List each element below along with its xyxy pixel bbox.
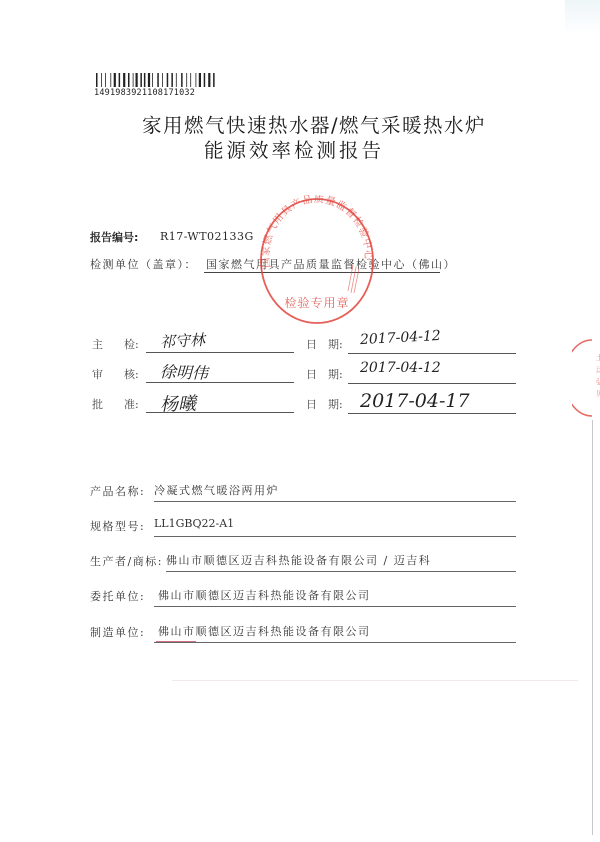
product-name-underline [154, 501, 516, 502]
client-unit-value: 佛山市顺德区迈吉科热能设备有限公司 [158, 587, 371, 603]
signature-line [146, 352, 294, 353]
scan-tint [565, 0, 600, 35]
maker-unit-value: 佛山市顺德区迈吉科热能设备有限公司 [158, 623, 371, 639]
svg-text:检验专用章: 检验专用章 [284, 295, 349, 310]
handwritten-date: 2017-04-17 [360, 390, 470, 412]
manufacturer-underline [166, 571, 516, 572]
faint-rule [172, 680, 578, 681]
handwritten-date: 2017-04-12 [360, 328, 441, 348]
barcode-number: 1491983921108171032 [94, 88, 195, 98]
product-model-label: 规格型号: [90, 518, 145, 534]
date-line [348, 383, 516, 384]
client-unit-underline [154, 606, 516, 607]
svg-text:国家燃气用具产品质量监督检验中心: 国家燃气用具产品质量监督检验中心 [260, 195, 375, 268]
role-label-a: 审 [92, 366, 103, 382]
product-name-label: 产品名称: [90, 483, 145, 499]
barcode [96, 73, 216, 87]
role-label-b: 准: [124, 396, 139, 412]
svg-text:弘: 弘 [596, 377, 600, 386]
date-line [348, 413, 516, 414]
document-subtitle: 能源效率检测报告 [0, 135, 594, 163]
handwritten-signature: 祁守林 [159, 329, 205, 352]
testing-lab-label: 检测单位（盖章）： [90, 256, 197, 272]
handwritten-date: 2017-04-12 [360, 360, 441, 376]
product-model-underline [154, 536, 516, 537]
signature-line [146, 412, 294, 413]
svg-text:土: 土 [596, 353, 600, 362]
client-unit-label: 委托单位: [90, 588, 145, 604]
document-title: 家用燃气快速热水器/燃气采暖热水炉 [14, 110, 600, 138]
role-label-a: 主 [92, 336, 103, 352]
date-line [348, 353, 516, 354]
maker-unit-label: 制造单位: [90, 624, 145, 640]
signature-line [146, 382, 294, 383]
maker-unit-underline [154, 642, 516, 643]
date-label-b: 期: [328, 336, 343, 352]
product-model-value: LL1GBQ22-A1 [154, 517, 234, 530]
role-label-b: 核: [124, 366, 139, 382]
partial-seal-stamp: 土 泛 弘 贝 [572, 338, 600, 418]
manufacturer-label: 生产者/商标: [90, 553, 163, 569]
official-seal-stamp: 国家燃气用具产品质量监督检验中心 检验专用章 [258, 195, 376, 327]
report-number: R17-WT02133G [160, 230, 254, 243]
date-label-a: 日 [306, 366, 317, 382]
report-number-label: 报告编号: [90, 229, 138, 245]
svg-text:贝: 贝 [596, 389, 600, 398]
page-edge-line [592, 420, 593, 835]
manufacturer-value: 佛山市顺德区迈吉科热能设备有限公司 / 迈吉科 [166, 552, 431, 568]
handwritten-signature: 徐明伟 [160, 359, 209, 384]
date-label-b: 期: [328, 366, 343, 382]
red-ink-mark [156, 641, 196, 642]
product-name-value: 冷凝式燃气暖浴两用炉 [154, 482, 279, 498]
role-label-a: 批 [92, 396, 103, 412]
role-label-b: 检: [124, 336, 139, 352]
date-label-b: 期: [328, 396, 343, 412]
date-label-a: 日 [306, 336, 317, 352]
svg-text:泛: 泛 [596, 366, 600, 374]
date-label-a: 日 [306, 396, 317, 412]
